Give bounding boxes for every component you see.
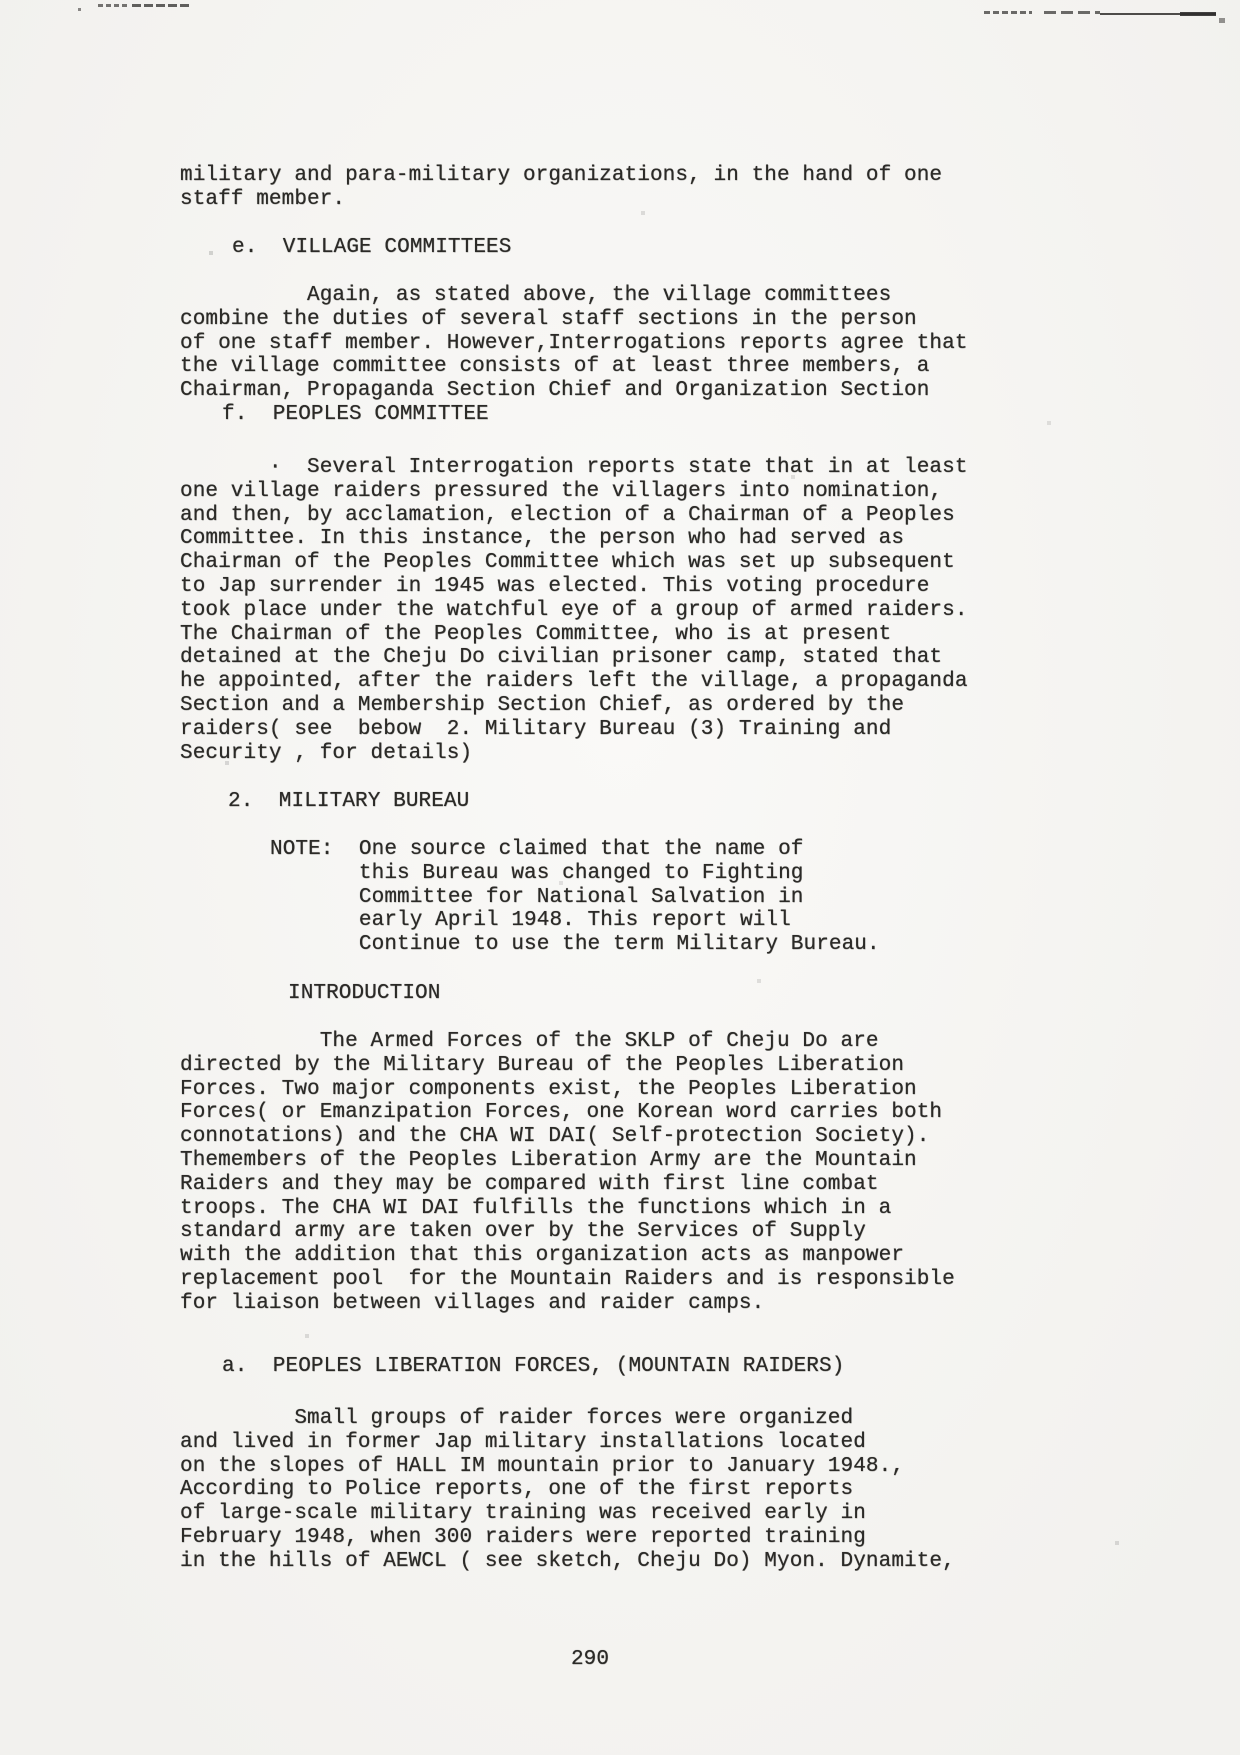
text-line: took place under the watchful eye of a g… xyxy=(180,599,968,623)
scan-artifact-top-left-dot xyxy=(78,8,81,11)
page-number: 290 xyxy=(500,1648,680,1672)
text-line: detained at the Cheju Do civilian prison… xyxy=(180,646,968,670)
text-line: The Armed Forces of the SKLP of Cheju Do… xyxy=(180,1030,955,1054)
text-line: this Bureau was changed to Fighting xyxy=(270,862,880,886)
text-line: Security , for details) xyxy=(180,742,968,766)
text-line: a. PEOPLES LIBERATION FORCES, (MOUNTAIN … xyxy=(222,1355,844,1379)
text-line: NOTE: One source claimed that the name o… xyxy=(270,838,880,862)
text-line: raiders( see bebow 2. Military Bureau (3… xyxy=(180,718,968,742)
text-line: replacement pool for the Mountain Raider… xyxy=(180,1268,955,1292)
paragraph-continued: military and para-military organizations… xyxy=(180,164,942,212)
text-line: e. VILLAGE COMMITTEES xyxy=(232,236,511,260)
text-line: According to Police reports, one of the … xyxy=(180,1478,955,1502)
scan-noise-specks xyxy=(0,0,2,2)
text-line: and lived in former Jap military install… xyxy=(180,1431,955,1455)
text-line: The Chairman of the Peoples Committee, w… xyxy=(180,623,968,647)
text-line: staff member. xyxy=(180,188,942,212)
text-line: of large-scale military training was rec… xyxy=(180,1502,955,1526)
text-line: February 1948, when 300 raiders were rep… xyxy=(180,1526,955,1550)
paragraph-peoples-committee: · Several Interrogation reports state th… xyxy=(180,456,968,765)
text-line: on the slopes of HALL IM mountain prior … xyxy=(180,1455,955,1479)
text-line: Again, as stated above, the village comm… xyxy=(180,284,968,308)
text-line: one village raiders pressured the villag… xyxy=(180,480,968,504)
scan-artifact-top-right-line xyxy=(1180,12,1216,16)
paragraph-mountain-raiders: Small groups of raider forces were organ… xyxy=(180,1407,955,1574)
text-line: he appointed, after the raiders left the… xyxy=(180,670,968,694)
text-line: Chairman, Propaganda Section Chief and O… xyxy=(180,379,968,403)
heading-introduction: INTRODUCTION xyxy=(288,982,440,1006)
text-line: Continue to use the term Military Bureau… xyxy=(270,933,880,957)
document-page: military and para-military organizations… xyxy=(0,0,1240,1755)
text-line: military and para-military organizations… xyxy=(180,164,942,188)
text-line: standard army are taken over by the Serv… xyxy=(180,1220,955,1244)
text-line: combine the duties of several staff sect… xyxy=(180,308,968,332)
text-line: Chairman of the Peoples Committee which … xyxy=(180,551,968,575)
text-line: Themembers of the Peoples Liberation Arm… xyxy=(180,1149,955,1173)
text-line: troops. The CHA WI DAI fulfills the func… xyxy=(180,1197,955,1221)
paragraph-village-committees: Again, as stated above, the village comm… xyxy=(180,284,968,403)
heading-village-committees: e. VILLAGE COMMITTEES xyxy=(232,236,511,260)
note-block: NOTE: One source claimed that the name o… xyxy=(270,838,880,957)
text-line: Small groups of raider forces were organ… xyxy=(180,1407,955,1431)
heading-peoples-liberation-forces: a. PEOPLES LIBERATION FORCES, (MOUNTAIN … xyxy=(222,1355,844,1379)
scan-artifact-top-right-dashes xyxy=(984,11,1032,14)
text-line: Forces( or Emanzipation Forces, one Kore… xyxy=(180,1101,955,1125)
paragraph-introduction: The Armed Forces of the SKLP of Cheju Do… xyxy=(180,1030,955,1316)
text-line: Section and a Membership Section Chief, … xyxy=(180,694,968,718)
text-line: of one staff member. However,Interrogati… xyxy=(180,332,968,356)
text-line: Committee for National Salvation in xyxy=(270,886,880,910)
scan-artifact-top-right-tick xyxy=(1219,18,1225,23)
text-line: and then, by acclamation, election of a … xyxy=(180,504,968,528)
text-line: f. PEOPLES COMMITTEE xyxy=(222,403,489,427)
text-line: connotations) and the CHA WI DAI( Self-p… xyxy=(180,1125,955,1149)
text-line: with the addition that this organization… xyxy=(180,1244,955,1268)
text-line: 2. MILITARY BUREAU xyxy=(228,790,469,814)
text-line: to Jap surrender in 1945 was elected. Th… xyxy=(180,575,968,599)
scan-artifact-top-right-dashes xyxy=(1044,11,1100,14)
text-line: directed by the Military Bureau of the P… xyxy=(180,1054,955,1078)
text-line: for liaison between villages and raider … xyxy=(180,1292,955,1316)
text-line: Forces. Two major components exist, the … xyxy=(180,1078,955,1102)
heading-military-bureau: 2. MILITARY BUREAU xyxy=(228,790,469,814)
scan-artifact-top-left-dashes xyxy=(98,4,128,7)
text-line: INTRODUCTION xyxy=(288,982,440,1006)
text-line: Raiders and they may be compared with fi… xyxy=(180,1173,955,1197)
text-line: in the hills of AEWCL ( see sketch, Chej… xyxy=(180,1550,955,1574)
heading-peoples-committee: f. PEOPLES COMMITTEE xyxy=(222,403,489,427)
text-line: · Several Interrogation reports state th… xyxy=(180,456,968,480)
text-line: Committee. In this instance, the person … xyxy=(180,527,968,551)
text-line: early April 1948. This report will xyxy=(270,909,880,933)
text-line: the village committee consists of at lea… xyxy=(180,355,968,379)
scan-artifact-top-left-dashes xyxy=(132,4,190,7)
